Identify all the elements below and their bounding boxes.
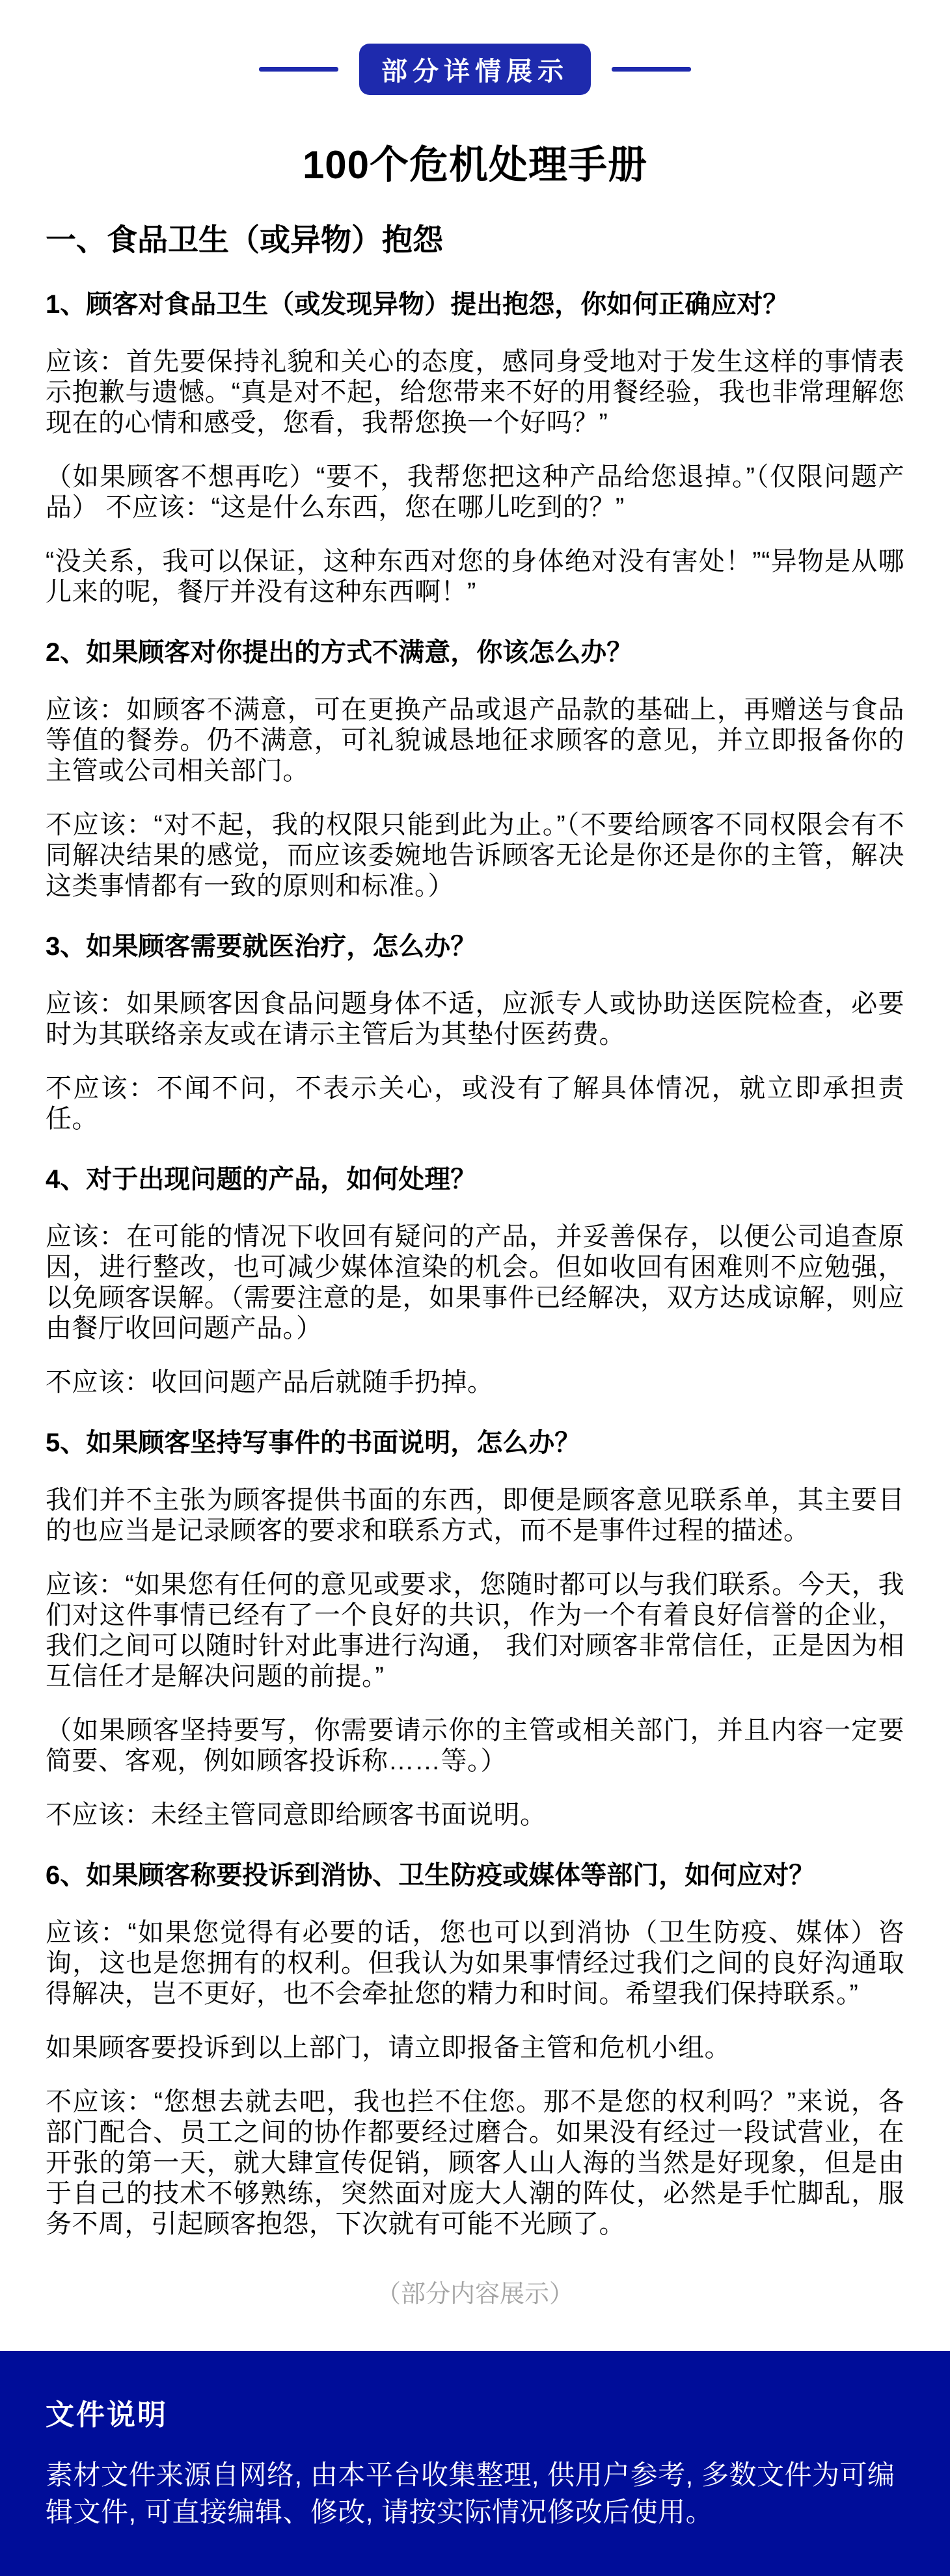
- answer-paragraph: 我们并不主张为顾客提供书面的东西，即便是顾客意见联系单，其主要目的也应当是记录顾…: [46, 1485, 904, 1546]
- answer-paragraph: 不应该：未经主管同意即给顾客书面说明。: [46, 1800, 904, 1831]
- document-body: 100个危机处理手册 一、食品卫生（或异物）抱怨 1、顾客对食品卫生（或发现异物…: [0, 134, 950, 2309]
- footer: 文件说明 素材文件来源自网络, 由本平台收集整理, 供用户参考, 多数文件为可编…: [0, 2351, 950, 2576]
- decor-line-left: [259, 67, 338, 72]
- answer-paragraph: （如果顾客不想再吃）“要不，我帮您把这种产品给您退掉。”（仅限问题产品） 不应该…: [46, 462, 904, 523]
- question-5: 5、如果顾客坚持写事件的书面说明，怎么办？: [46, 1427, 904, 1459]
- answer-paragraph: 应该：在可能的情况下收回有疑问的产品，并妥善保存，以便公司追查原因，进行整改，也…: [46, 1222, 904, 1344]
- answer-paragraph: 不应该：“您想去就去吧，我也拦不住您。那不是您的权利吗？”来说，各部门配合、员工…: [46, 2087, 904, 2240]
- answer-paragraph: 应该：如果顾客因食品问题身体不适，应派专人或协助送医院检查，必要时为其联络亲友或…: [46, 989, 904, 1050]
- badge-label: 部分详情展示: [381, 51, 569, 88]
- section-heading: 一、食品卫生（或异物）抱怨: [46, 216, 904, 260]
- partial-note: （部分内容展示）: [46, 2274, 904, 2309]
- footer-title: 文件说明: [46, 2391, 904, 2433]
- answer-paragraph: 不应该：“对不起，我的权限只能到此为止。”（不要给顾客不同权限会有不同解决结果的…: [46, 810, 904, 902]
- badge-row: 部分详情展示: [0, 0, 950, 95]
- answer-paragraph: “没关系，我可以保证，这种东西对您的身体绝对没有害处！”“异物是从哪儿来的呢，餐…: [46, 546, 904, 608]
- document-page: 部分详情展示 100个危机处理手册 一、食品卫生（或异物）抱怨 1、顾客对食品卫…: [0, 0, 950, 2576]
- answer-paragraph: 如果顾客要投诉到以上部门，请立即报备主管和危机小组。: [46, 2033, 904, 2063]
- partial-details-badge: 部分详情展示: [359, 44, 591, 95]
- question-2: 2、如果顾客对你提出的方式不满意，你该怎么办？: [46, 636, 904, 669]
- question-3: 3、如果顾客需要就医治疗，怎么办？: [46, 930, 904, 963]
- footer-body: 素材文件来源自网络, 由本平台收集整理, 供用户参考, 多数文件为可编辑文件, …: [46, 2456, 904, 2530]
- answer-paragraph: 不应该：不闻不问，不表示关心，或没有了解具体情况，就立即承担责任。: [46, 1073, 904, 1134]
- question-6: 6、如果顾客称要投诉到消协、卫生防疫或媒体等部门，如何应对？: [46, 1859, 904, 1892]
- question-1: 1、顾客对食品卫生（或发现异物）提出抱怨，你如何正确应对？: [46, 288, 904, 321]
- answer-paragraph: 应该：首先要保持礼貌和关心的态度，感同身受地对于发生这样的事情表示抱歉与遗憾。“…: [46, 347, 904, 438]
- answer-paragraph: （如果顾客坚持要写，你需要请示你的主管或相关部门，并且内容一定要简要、客观，例如…: [46, 1715, 904, 1777]
- answer-paragraph: 应该：如顾客不满意，可在更换产品或退产品款的基础上，再赠送与食品等值的餐券。仍不…: [46, 695, 904, 786]
- question-4: 4、对于出现问题的产品，如何处理？: [46, 1163, 904, 1196]
- answer-paragraph: 应该：“如果您有任何的意见或要求，您随时都可以与我们联系。今天，我们对这件事情已…: [46, 1570, 904, 1692]
- answer-paragraph: 不应该：收回问题产品后就随手扔掉。: [46, 1367, 904, 1398]
- decor-line-right: [612, 67, 691, 72]
- answer-paragraph: 应该：“如果您觉得有必要的话，您也可以到消协（卫生防疫、媒体）咨询，这也是您拥有…: [46, 1918, 904, 2009]
- page-title: 100个危机处理手册: [46, 134, 904, 190]
